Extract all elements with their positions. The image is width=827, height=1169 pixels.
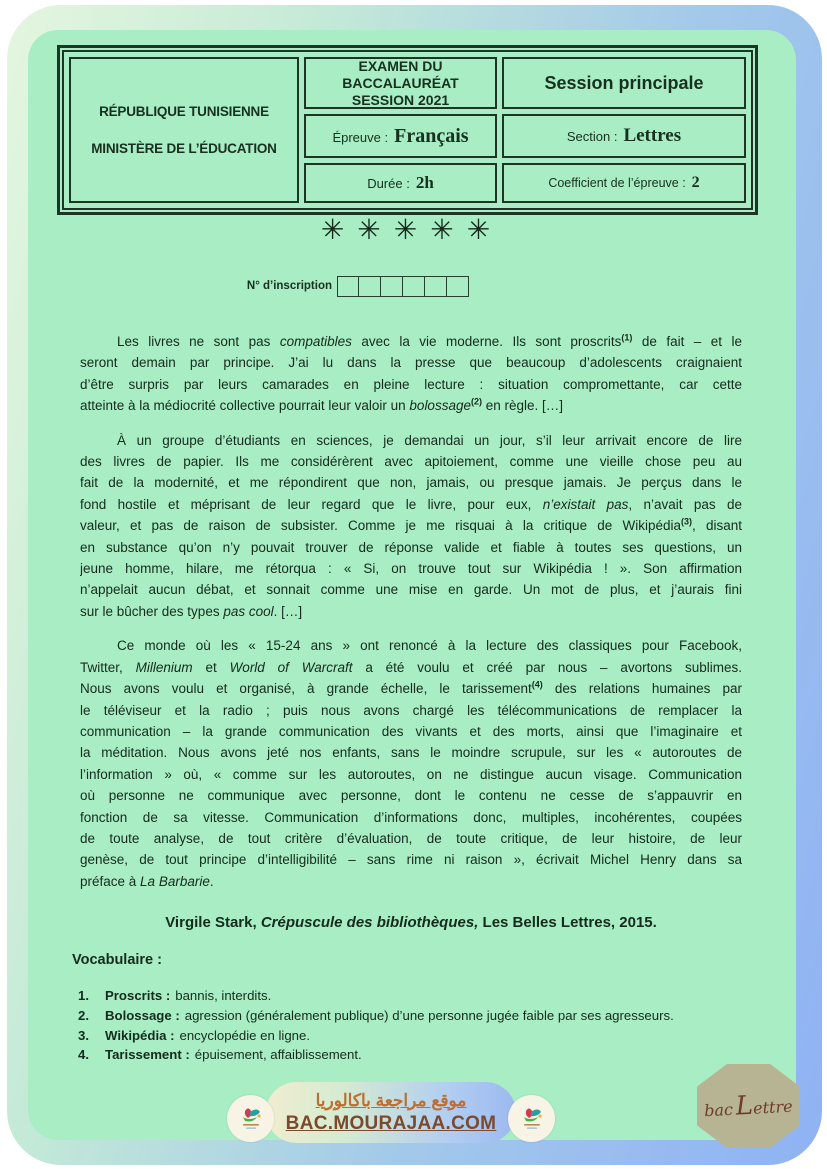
arabic-site-name: موقع مراجعة باكالوريا — [316, 1090, 467, 1112]
inscription-cell — [425, 276, 447, 297]
paragraph: Les livres ne sont pas compatibles avec … — [80, 331, 742, 417]
vocab-term: Tarissement : — [105, 1047, 190, 1062]
passage-line: fonction de sa vitesse. Communication d’… — [80, 807, 742, 828]
bac-lettre-badge: bacLettre — [697, 1064, 800, 1148]
passage-line: atteinte à la médiocrité collective pour… — [80, 395, 742, 416]
vocab-item-text: Proscrits :bannis, interdits. — [105, 986, 271, 1006]
ministry-cell: RÉPUBLIQUE TUNISIENNE MINISTÈRE DE L’ÉDU… — [69, 57, 299, 203]
vocab-title: Vocabulaire : — [72, 952, 162, 968]
vocab-item-number: 4. — [78, 1045, 105, 1065]
paragraph: 5À un groupe d’étudiants en sciences, je… — [80, 430, 742, 623]
header-table-inner: RÉPUBLIQUE TUNISIENNE MINISTÈRE DE L’ÉDU… — [62, 50, 753, 210]
passage-line: fond hostile et méprisant de leur regard… — [80, 494, 742, 515]
inscription-cell — [337, 276, 359, 297]
duree-cell: Durée : 2h — [304, 163, 497, 203]
footer-banner: موقع مراجعة باكالوريا BAC.MOURAJAA.COM — [266, 1082, 516, 1143]
passage-text: fonction de sa vitesse. Communication d’… — [80, 810, 742, 825]
passage-line: des livres de papier. Ils me considérère… — [80, 451, 742, 472]
epreuve-cell: Épreuve : Français — [304, 114, 497, 158]
vocab-item: 2.Bolossage :agression (généralement pub… — [78, 1006, 768, 1026]
passage-text: Nous avons voulu et organisé, à grande é… — [80, 681, 742, 696]
vocab-list: 1.Proscrits :bannis, interdits.2.Bolossa… — [78, 986, 768, 1065]
passage-text: genèse, de tout principe d’intelligibili… — [80, 852, 742, 867]
passage-text: d’être surpris par leurs camarades en pl… — [80, 377, 742, 392]
passage-text: communication – la grande communication … — [80, 724, 742, 739]
ministry-label: MINISTÈRE DE L’ÉDUCATION — [91, 141, 276, 156]
vocab-item-text: Bolossage :agression (généralement publi… — [105, 1006, 674, 1026]
vocab-definition: agression (généralement publique) d’une … — [185, 1008, 674, 1023]
vocab-definition: bannis, interdits. — [175, 988, 271, 1003]
vocab-item: 3.Wikipédia :encyclopédie en ligne. — [78, 1026, 768, 1046]
passage-text: Les livres ne sont pas compatibles avec … — [117, 334, 742, 349]
passage-line: 25préface à La Barbarie. — [80, 871, 742, 892]
epreuve-value: Français — [394, 125, 468, 148]
vocab-definition: épuisement, affaiblissement. — [195, 1047, 362, 1062]
passage-line: Nous avons voulu et organisé, à grande é… — [80, 678, 742, 699]
passage-line: n’appelait aucun débat, et sonnait comme… — [80, 579, 742, 600]
passage-line: où personne ne communique avec personne,… — [80, 785, 742, 806]
duree-value: 2h — [416, 173, 434, 193]
vocab-term: Wikipédia : — [105, 1028, 175, 1043]
stars-separator: ✳✳✳✳✳ — [28, 213, 796, 246]
passage-line: seront demain par principe. J’ai lu dans… — [80, 352, 742, 373]
passage-line: 5À un groupe d’étudiants en sciences, je… — [80, 430, 742, 451]
passage-text: le téléviseur et la radio ; puis nous av… — [80, 703, 742, 718]
passage-line: d’être surpris par leurs camarades en pl… — [80, 374, 742, 395]
exam-paper: RÉPUBLIQUE TUNISIENNE MINISTÈRE DE L’ÉDU… — [28, 30, 796, 1140]
passage-line: communication – la grande communication … — [80, 721, 742, 742]
passage-line: de toute analyse, de tout critère d’éval… — [80, 828, 742, 849]
vocab-item-number: 2. — [78, 1006, 105, 1026]
passage-text: fait de la modernité, et me répondirent … — [80, 475, 742, 490]
mourajaa-logo-icon — [227, 1095, 274, 1142]
inscription-cell — [403, 276, 425, 297]
coeff-cell: Coefficient de l’épreuve : 2 — [502, 163, 746, 203]
star-icon: ✳ — [321, 214, 357, 245]
page: RÉPUBLIQUE TUNISIENNE MINISTÈRE DE L’ÉDU… — [0, 0, 827, 1169]
passage-text: fond hostile et méprisant de leur regard… — [80, 497, 742, 512]
passage-text: l’information » où, « comme sur les auto… — [80, 767, 742, 782]
mourajaa-logo-icon — [508, 1095, 555, 1142]
star-icon: ✳ — [394, 214, 430, 245]
vocab-term: Bolossage : — [105, 1008, 180, 1023]
section-label: Section : — [567, 129, 618, 144]
vocab-term: Proscrits : — [105, 988, 170, 1003]
passage-line: 15Twitter, Millenium et World of Warcraf… — [80, 657, 742, 678]
exam-cell: EXAMEN DU BACCALAURÉAT SESSION 2021 — [304, 57, 497, 109]
passage-text: de toute analyse, de tout critère d’éval… — [80, 831, 742, 846]
passage-text: n’appelait aucun débat, et sonnait comme… — [80, 582, 742, 597]
badge-capital-l: L — [735, 1091, 754, 1122]
star-icon: ✳ — [357, 214, 393, 245]
vocab-item: 1.Proscrits :bannis, interdits. — [78, 986, 768, 1006]
site-url-link[interactable]: BAC.MOURAJAA.COM — [286, 1112, 497, 1136]
badge-word-bac: bac — [704, 1100, 734, 1120]
passage-line: la méditation. Nous avons jeté nos enfan… — [80, 742, 742, 763]
passage-text: sur le bûcher des types pas cool. […] — [80, 604, 302, 619]
exam-session-year: SESSION 2021 — [352, 92, 449, 109]
passage-text: À un groupe d’étudiants en sciences, je … — [117, 433, 742, 448]
vocab-definition: encyclopédie en ligne. — [180, 1028, 311, 1043]
star-icon: ✳ — [467, 214, 503, 245]
passage-text: la méditation. Nous avons jeté nos enfan… — [80, 745, 742, 760]
passage-line: sur le bûcher des types pas cool. […] — [80, 601, 742, 622]
inscription-boxes — [337, 276, 469, 297]
passage-text: seront demain par principe. J’ai lu dans… — [80, 355, 742, 370]
coeff-label: Coefficient de l’épreuve : — [548, 176, 685, 190]
session-cell: Session principale — [502, 57, 746, 109]
paragraph: Ce monde où les « 15-24 ans » ont renonc… — [80, 635, 742, 892]
passage-text: atteinte à la médiocrité collective pour… — [80, 398, 563, 413]
attribution-line: Virgile Stark, Crépuscule des bibliothèq… — [80, 914, 742, 931]
exam-title: EXAMEN DU BACCALAURÉAT — [306, 58, 495, 92]
inscription-cell — [381, 276, 403, 297]
passage-text: en substance qu’on n’y pouvait trouver d… — [80, 540, 742, 555]
passage-text: Twitter, Millenium et World of Warcraft … — [80, 660, 742, 675]
passage-line: le téléviseur et la radio ; puis nous av… — [80, 700, 742, 721]
passage-text: Ce monde où les « 15-24 ans » ont renonc… — [117, 638, 742, 653]
badge-word-ettre: ettre — [753, 1097, 793, 1118]
session-label: Session principale — [544, 73, 703, 94]
vocab-item-number: 3. — [78, 1026, 105, 1046]
passage-line: Les livres ne sont pas compatibles avec … — [80, 331, 742, 352]
section-cell: Section : Lettres — [502, 114, 746, 158]
passage: Les livres ne sont pas compatibles avec … — [80, 331, 742, 905]
inscription-label: N° d’inscription — [28, 280, 332, 292]
passage-line: fait de la modernité, et me répondirent … — [80, 472, 742, 493]
header-table: RÉPUBLIQUE TUNISIENNE MINISTÈRE DE L’ÉDU… — [57, 45, 758, 215]
epreuve-label: Épreuve : — [332, 130, 388, 145]
inscription-cell — [447, 276, 469, 297]
vocab-item-number: 1. — [78, 986, 105, 1006]
star-icon: ✳ — [430, 214, 466, 245]
passage-text: jeune homme, hilare, me rétorqua : « Si,… — [80, 561, 742, 576]
passage-line: valeur, et pas de raison de subsister. C… — [80, 515, 742, 536]
inscription-cell — [359, 276, 381, 297]
vocab-item: 4.Tarissement :épuisement, affaiblisseme… — [78, 1045, 768, 1065]
vocab-item-text: Wikipédia :encyclopédie en ligne. — [105, 1026, 310, 1046]
vocab-item-text: Tarissement :épuisement, affaiblissement… — [105, 1045, 362, 1065]
passage-line: 10en substance qu’on n’y pouvait trouver… — [80, 537, 742, 558]
passage-line: genèse, de tout principe d’intelligibili… — [80, 849, 742, 870]
passage-text: préface à La Barbarie. — [80, 874, 214, 889]
duree-label: Durée : — [367, 176, 410, 191]
section-value: Lettres — [623, 125, 681, 147]
republic-label: RÉPUBLIQUE TUNISIENNE — [99, 104, 269, 119]
coeff-value: 2 — [692, 174, 700, 192]
inscription-row: N° d’inscription — [28, 276, 796, 300]
passage-text: où personne ne communique avec personne,… — [80, 788, 742, 803]
passage-text: valeur, et pas de raison de subsister. C… — [80, 518, 742, 533]
passage-text: des livres de papier. Ils me considérère… — [80, 454, 742, 469]
passage-line: jeune homme, hilare, me rétorqua : « Si,… — [80, 558, 742, 579]
passage-line: Ce monde où les « 15-24 ans » ont renonc… — [80, 635, 742, 656]
passage-line: 20l’information » où, « comme sur les au… — [80, 764, 742, 785]
